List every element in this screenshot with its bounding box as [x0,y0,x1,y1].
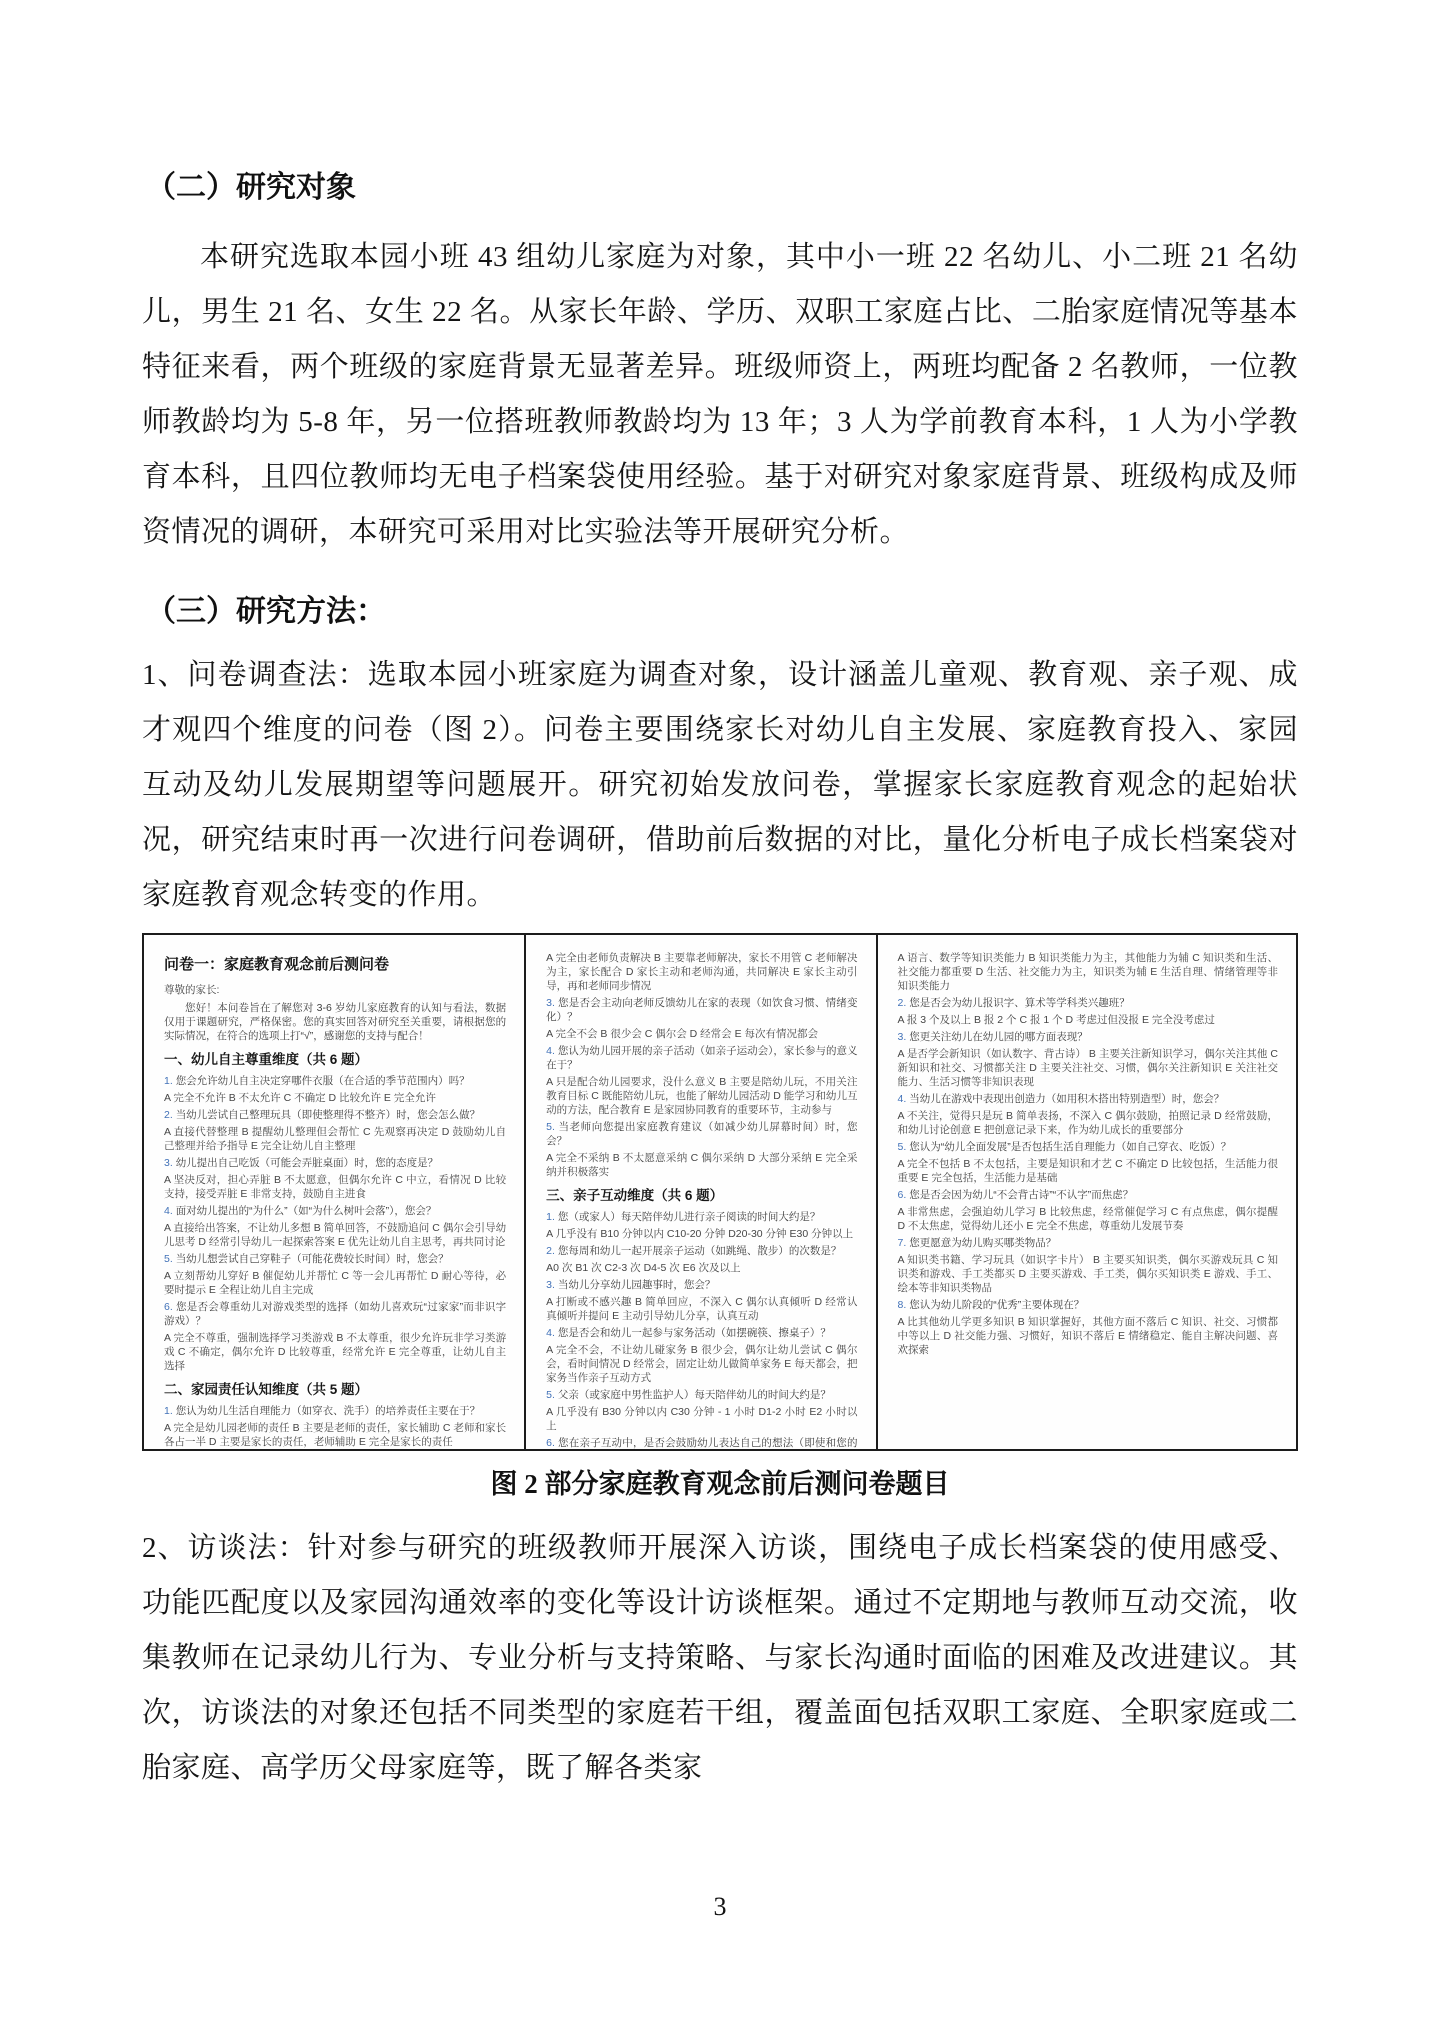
fig-block-q: 4. 面对幼儿提出的“为什么”（如“为什么树叶会落”），您会？ [164,1204,506,1218]
fig-block-a: A 几乎没有 B30 分钟以内 C30 分钟 - 1 小时 D1-2 小时 E2… [546,1405,857,1433]
fig-block-a: A 知识类书籍、学习玩具（如识字卡片） B 主要买知识类，偶尔买游戏玩具 C 知… [898,1253,1278,1295]
paragraph-questionnaire-method: 1、问卷调查法：选取本园小班家庭为调查对象，设计涵盖儿童观、教育观、亲子观、成才… [142,648,1298,923]
fig-block-q: 1. 您（或家人）每天陪伴幼儿进行亲子阅读的时间大约是？ [546,1210,857,1224]
question-number: 3. [546,1279,558,1291]
fig-block-q: 4. 您是否会和幼儿一起参与家务活动（如摆碗筷、擦桌子）？ [546,1326,857,1340]
question-number: 1. [164,1405,176,1417]
fig-block-q: 3. 您更关注幼儿在幼儿园的哪方面表现？ [898,1030,1278,1044]
question-number: 5. [164,1253,176,1265]
question-number: 6. [898,1189,910,1201]
fig-block-q: 5. 当幼儿想尝试自己穿鞋子（可能花费较长时间）时，您会？ [164,1252,506,1266]
fig-block-title: 问卷一：家庭教育观念前后测问卷 [164,955,506,974]
question-number: 6. [546,1437,558,1449]
fig-block-q: 1. 您会允许幼儿自主决定穿哪件衣服（在合适的季节范围内）吗？ [164,1074,506,1088]
question-number: 8. [898,1299,910,1311]
page-number: 3 [0,1892,1440,1922]
fig-block-q: 4. 当幼儿在游戏中表现出创造力（如用积木搭出特别造型）时，您会？ [898,1092,1278,1106]
question-number: 6. [164,1301,176,1313]
fig-block-a: A 直接代替整理 B 提醒幼儿整理但会帮忙 C 先观察再决定 D 鼓励幼儿自己整… [164,1125,506,1153]
question-number: 4. [546,1327,558,1339]
fig-block-section: 三、亲子互动维度（共 6 题） [546,1187,857,1204]
document-page: （二）研究对象 本研究选取本园小班 43 组幼儿家庭为对象，其中小一班 22 名… [0,0,1440,2036]
question-number: 2. [546,1245,558,1257]
fig-block-a: A 完全不包括 B 不太包括，主要是知识和才艺 C 不确定 D 比较包括，生活能… [898,1157,1278,1185]
question-number: 4. [898,1093,910,1105]
fig-block-a: A 是否学会新知识（如认数字、背古诗） B 主要关注新知识学习，偶尔关注其他 C… [898,1047,1278,1089]
question-number: 5. [898,1141,910,1153]
question-number: 5. [546,1121,558,1133]
fig-block-a: A 完全是幼儿园老师的责任 B 主要是老师的责任，家长辅助 C 老师和家长各占一… [164,1421,506,1449]
fig-block-a: A 完全由老师负责解决 B 主要靠老师解决，家长不用管 C 老师解决为主，家长配… [546,951,857,993]
fig-block-q: 2. 您是否会为幼儿报识字、算术等学科类兴趣班？ [898,996,1278,1010]
question-number: 2. [898,997,910,1009]
question-number: 1. [164,1075,176,1087]
fig-block-a: A 语言、数学等知识类能力 B 知识类能力为主，其他能力为辅 C 知识类和生活、… [898,951,1278,993]
fig-block-a: A 完全不会 B 很少会 C 偶尔会 D 经常会 E 每次有情况都会 [546,1027,857,1041]
question-number: 3. [164,1157,176,1169]
fig-block-a: A 直接给出答案，不让幼儿多想 B 简单回答，不鼓励追问 C 偶尔会引导幼儿思考… [164,1221,506,1249]
fig-block-q: 3. 您是否会主动向老师反馈幼儿在家的表现（如饮食习惯、情绪变化）？ [546,996,857,1024]
fig-block-a: A 打断或不感兴趣 B 简单回应，不深入 C 偶尔认真倾听 D 经常认真倾听并提… [546,1295,857,1323]
question-number: 4. [546,1045,558,1057]
fig-block-q: 8. 您认为幼儿阶段的“优秀”主要体现在？ [898,1298,1278,1312]
paragraph-interview-method: 2、访谈法：针对参与研究的班级教师开展深入访谈，围绕电子成长档案袋的使用感受、功… [142,1521,1298,1796]
fig-block-plain: 尊敬的家长: [164,983,506,997]
fig-block-a: A 不关注，觉得只是玩 B 简单表扬，不深入 C 偶尔鼓励，拍照记录 D 经常鼓… [898,1109,1278,1137]
paragraph-research-subjects: 本研究选取本园小班 43 组幼儿家庭为对象，其中小一班 22 名幼儿、小二班 2… [142,230,1298,560]
section-heading-research-subjects: （二）研究对象 [146,170,1298,206]
fig-block-a: A 非常焦虑，会强迫幼儿学习 B 比较焦虑，经常催促学习 C 有点焦虑，偶尔提醒… [898,1205,1278,1233]
question-number: 3. [898,1031,910,1043]
fig-block-a: A 完全不尊重，强制选择学习类游戏 B 不太尊重，很少允许玩非学习类游戏 C 不… [164,1331,506,1373]
fig-block-q: 6. 您是否会尊重幼儿对游戏类型的选择（如幼儿喜欢玩“过家家”而非识字游戏）？ [164,1300,506,1328]
fig-block-q: 2. 当幼儿尝试自己整理玩具（即使整理得不整齐）时，您会怎么做？ [164,1108,506,1122]
fig-block-a: A 报 3 个及以上 B 报 2 个 C 报 1 个 D 考虑过但没报 E 完全… [898,1013,1278,1027]
fig-block-a: A 几乎没有 B10 分钟以内 C10-20 分钟 D20-30 分钟 E30 … [546,1227,857,1241]
questionnaire-column-3: A 语言、数学等知识类能力 B 知识类能力为主，其他能力为辅 C 知识类和生活、… [876,935,1296,1449]
fig-block-q: 6. 您在亲子互动中，是否会鼓励幼儿表达自己的想法（即使和您的想法不同）？ [546,1436,857,1449]
questionnaire-column-1: 问卷一：家庭教育观念前后测问卷尊敬的家长:您好！本问卷旨在了解您对 3-6 岁幼… [144,935,524,1449]
fig-block-a: A 立刻帮幼儿穿好 B 催促幼儿并帮忙 C 等一会儿再帮忙 D 耐心等待，必要时… [164,1269,506,1297]
fig-block-section: 二、家园责任认知维度（共 5 题） [164,1381,506,1398]
fig-block-a: A 坚决反对，担心弄脏 B 不太愿意，但偶尔允许 C 中立，看情况 D 比较支持… [164,1173,506,1201]
figure-caption: 图 2 部分家庭教育观念前后测问卷题目 [142,1467,1298,1501]
fig-block-section: 一、幼儿自主尊重维度（共 6 题） [164,1051,506,1068]
fig-block-a: A 完全不允许 B 不太允许 C 不确定 D 比较允许 E 完全允许 [164,1091,506,1105]
fig-block-q: 7. 您更愿意为幼儿购买哪类物品？ [898,1236,1278,1250]
fig-block-indent: 您好！本问卷旨在了解您对 3-6 岁幼儿家庭教育的认知与看法，数据仅用于课题研究… [164,1001,506,1043]
fig-block-q: 5. 父亲（或家庭中男性监护人）每天陪伴幼儿的时间大约是？ [546,1388,857,1402]
section-heading-research-methods: （三）研究方法： [146,594,1298,630]
question-number: 2. [164,1109,176,1121]
fig-block-a: A 比其他幼儿学更多知识 B 知识掌握好，其他方面不落后 C 知识、社交、习惯都… [898,1315,1278,1357]
questionnaire-column-2: A 完全由老师负责解决 B 主要靠老师解决，家长不用管 C 老师解决为主，家长配… [524,935,875,1449]
fig-block-a: A 只是配合幼儿园要求，没什么意义 B 主要是陪幼儿玩，不用关注教育目标 C 既… [546,1075,857,1117]
fig-block-q: 3. 当幼儿分享幼儿园趣事时，您会？ [546,1278,857,1292]
fig-block-q: 1. 您认为幼儿生活自理能力（如穿衣、洗手）的培养责任主要在于？ [164,1404,506,1418]
fig-block-q: 4. 您认为幼儿园开展的亲子活动（如亲子运动会），家长参与的意义在于？ [546,1044,857,1072]
figure-columns: 问卷一：家庭教育观念前后测问卷尊敬的家长:您好！本问卷旨在了解您对 3-6 岁幼… [144,935,1296,1449]
question-number: 1. [546,1211,558,1223]
fig-block-a: A 完全不会，不让幼儿碰家务 B 很少会，偶尔让幼儿尝试 C 偶尔会，看时间情况… [546,1343,857,1385]
question-number: 7. [898,1237,910,1249]
fig-block-q: 6. 您是否会因为幼儿“不会背古诗”“不认字”而焦虑？ [898,1188,1278,1202]
question-number: 5. [546,1389,558,1401]
figure-questionnaire-image: 问卷一：家庭教育观念前后测问卷尊敬的家长:您好！本问卷旨在了解您对 3-6 岁幼… [142,933,1298,1451]
fig-block-q: 3. 幼儿提出自己吃饭（可能会弄脏桌面）时，您的态度是？ [164,1156,506,1170]
fig-block-q: 5. 当老师向您提出家庭教育建议（如减少幼儿屏幕时间）时，您会？ [546,1120,857,1148]
question-number: 3. [546,997,558,1009]
fig-block-a: A0 次 B1 次 C2-3 次 D4-5 次 E6 次及以上 [546,1261,857,1275]
fig-block-q: 2. 您每周和幼儿一起开展亲子运动（如跳绳、散步）的次数是？ [546,1244,857,1258]
fig-block-q: 5. 您认为“幼儿全面发展”是否包括生活自理能力（如自己穿衣、吃饭）？ [898,1140,1278,1154]
fig-block-a: A 完全不采纳 B 不太愿意采纳 C 偶尔采纳 D 大部分采纳 E 完全采纳并积… [546,1151,857,1179]
question-number: 4. [164,1205,176,1217]
